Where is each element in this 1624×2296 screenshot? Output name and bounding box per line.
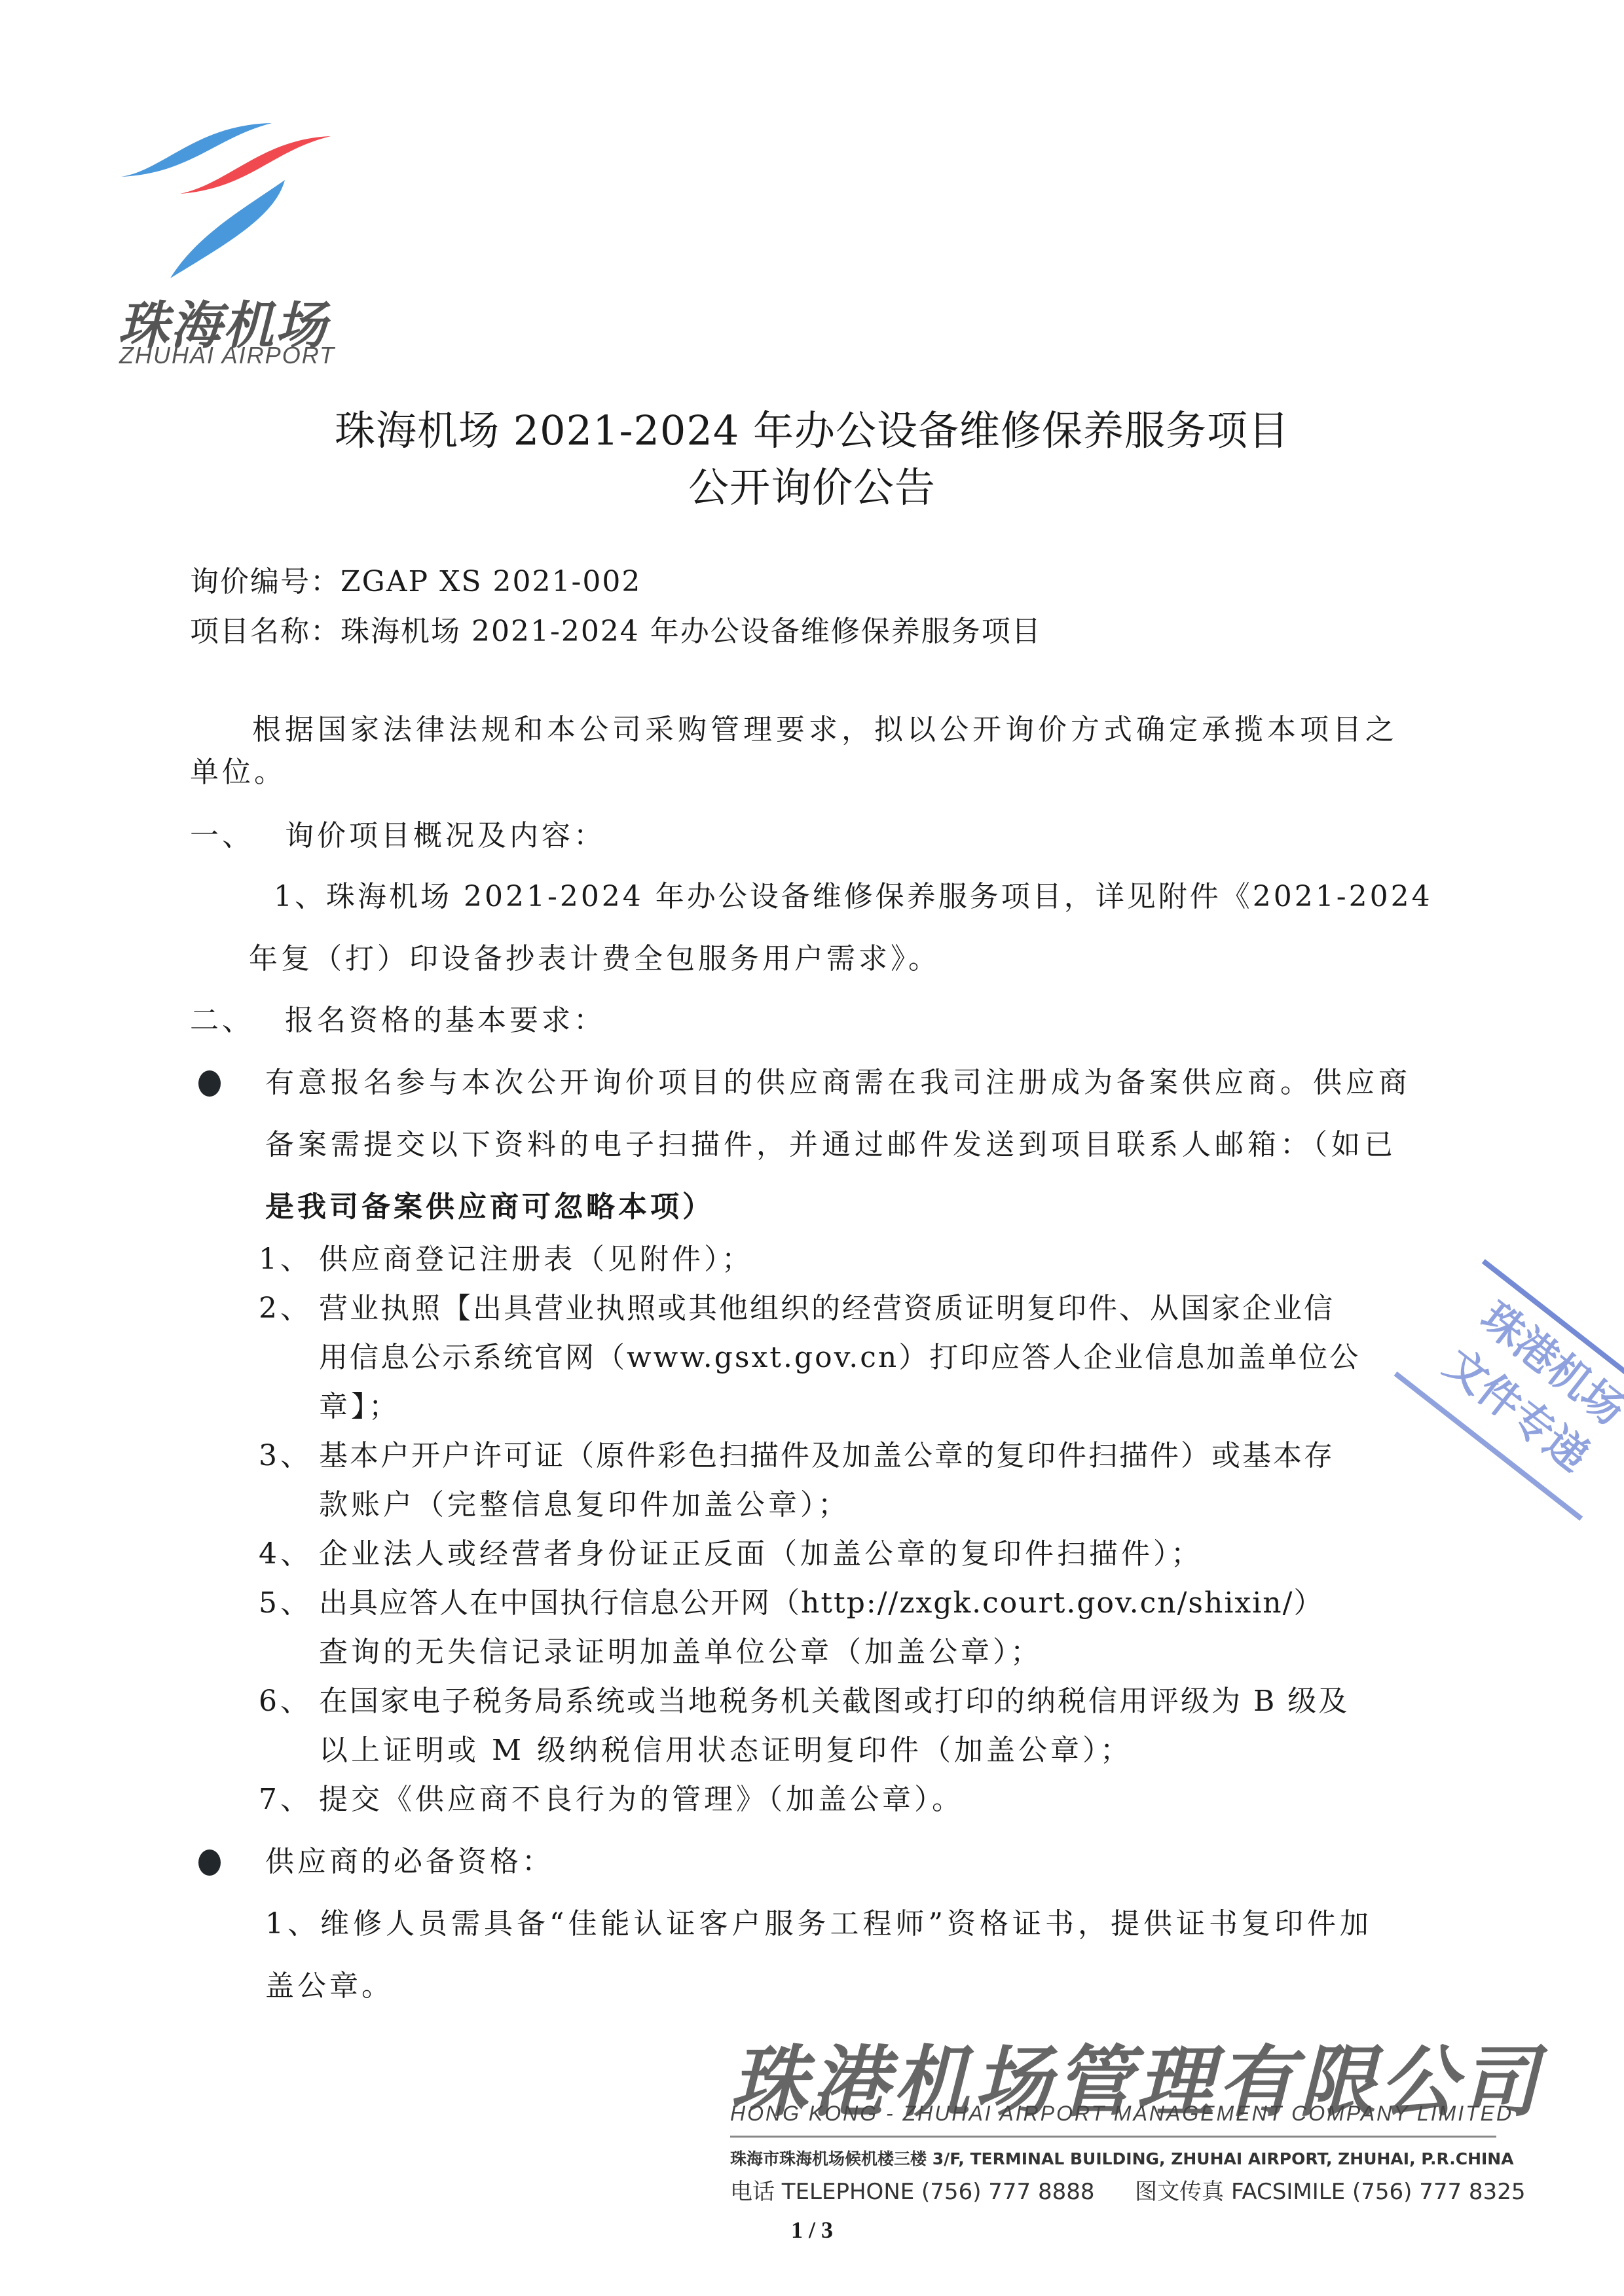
footer-telephone: 电话 TELEPHONE (756) 777 8888 <box>730 2179 1095 2205</box>
bullet1-line3: 是我司备案供应商可忽略本项） <box>265 1183 714 1225</box>
section1-item1-line2: 年复（打）印设备抄表计费全包服务用户需求》。 <box>249 935 940 977</box>
inquiry-number: 询价编号：ZGAP XS 2021-002 <box>190 558 641 600</box>
list-item-3-line1: 基本户开户许可证（原件彩色扫描件及加盖公章的复印件扫描件）或基本存 <box>319 1432 1335 1474</box>
bullet1-line2: 备案需提交以下资料的电子扫描件，并通过邮件发送到项目联系人邮箱：（如已 <box>265 1121 1397 1163</box>
list-item-6-line2: 以上证明或 M 级纳税信用状态证明复印件（加盖公章）； <box>319 1726 1132 1768</box>
intro-line2: 单位。 <box>190 748 286 790</box>
list-item-5-num: 5、 <box>259 1579 312 1621</box>
page-indicator: 1 / 3 <box>0 2216 1624 2244</box>
list-item-4: 企业法人或经营者身份证正反面（加盖公章的复印件扫描件）； <box>319 1530 1203 1572</box>
intro-line1: 根据国家法律法规和本公司采购管理要求，拟以公开询价方式确定承揽本项目之 <box>252 706 1398 748</box>
footer-company-name-en: HONG KONG - ZHUHAI AIRPORT MANAGEMENT CO… <box>730 2102 1513 2126</box>
section2-heading: 报名资格的基本要求： <box>285 996 606 1038</box>
footer-divider <box>730 2136 1496 2138</box>
bullet-icon <box>198 1850 221 1876</box>
section2-number: 二、 <box>190 996 254 1038</box>
list-item-2-line1: 营业执照【出具营业执照或其他组织的经营资质证明复印件、从国家企业信 <box>319 1285 1335 1326</box>
bullet2-item1-line1: 1、维修人员需具备“佳能认证客户服务工程师”资格证书，提供证书复印件加 <box>265 1900 1373 1942</box>
list-item-3-num: 3、 <box>259 1432 312 1474</box>
section1-item1-line1: 1、珠海机场 2021-2024 年办公设备维修保养服务项目，详见附件《2021… <box>274 873 1433 915</box>
footer-contact: 电话 TELEPHONE (756) 777 8888 图文传真 FACSIMI… <box>730 2174 1525 2206</box>
bullet-icon <box>198 1070 221 1097</box>
zhuhai-airport-logo: 珠海机场 ZHUHAI AIRPORT <box>118 111 341 373</box>
airport-wing-logo-icon <box>118 111 341 282</box>
list-item-2-line3: 章】； <box>319 1383 401 1425</box>
list-item-3-line2: 款账户（完整信息复印件加盖公章）； <box>319 1481 850 1523</box>
logo-name-en: ZHUHAI AIRPORT <box>119 342 335 369</box>
list-item-2-num: 2、 <box>259 1285 312 1326</box>
list-item-1-num: 1、 <box>259 1235 312 1277</box>
project-name: 项目名称：珠海机场 2021-2024 年办公设备维修保养服务项目 <box>190 608 1042 649</box>
list-item-2-line2: 用信息公示系统官网（www.gsxt.gov.cn）打印应答人企业信息加盖单位公 <box>319 1334 1360 1376</box>
footer-address: 珠海市珠海机场候机楼三楼 3/F, TERMINAL BUILDING, ZHU… <box>730 2146 1514 2170</box>
footer-facsimile: 图文传真 FACSIMILE (756) 777 8325 <box>1135 2179 1525 2205</box>
section1-number: 一、 <box>190 812 254 854</box>
list-item-4-num: 4、 <box>259 1530 312 1572</box>
list-item-1: 供应商登记注册表（见附件）； <box>319 1235 754 1277</box>
official-seal-stamp: 珠港机场 文件专递 <box>1394 1259 1624 1521</box>
document-title-line2: 公开询价公告 <box>0 455 1624 513</box>
list-item-7: 提交《供应商不良行为的管理》（加盖公章）。 <box>319 1776 964 1817</box>
bullet2-heading: 供应商的必备资格： <box>265 1838 554 1880</box>
section1-heading: 询价项目概况及内容： <box>285 812 606 854</box>
list-item-6-line1: 在国家电子税务局系统或当地税务机关截图或打印的纳税信用评级为 B 级及 <box>319 1677 1349 1719</box>
list-item-5-line1: 出具应答人在中国执行信息公开网（http://zxgk.court.gov.cn… <box>319 1579 1323 1621</box>
bullet1-line1: 有意报名参与本次公开询价项目的供应商需在我司注册成为备案供应商。供应商 <box>265 1059 1411 1101</box>
document-title-line1: 珠海机场 2021-2024 年办公设备维修保养服务项目 <box>0 398 1624 456</box>
list-item-6-num: 6、 <box>259 1677 312 1719</box>
list-item-7-num: 7、 <box>259 1776 312 1817</box>
bullet2-item1-line2: 盖公章。 <box>265 1962 394 2004</box>
list-item-5-line2: 查询的无失信记录证明加盖单位公章（加盖公章）； <box>319 1628 1043 1670</box>
